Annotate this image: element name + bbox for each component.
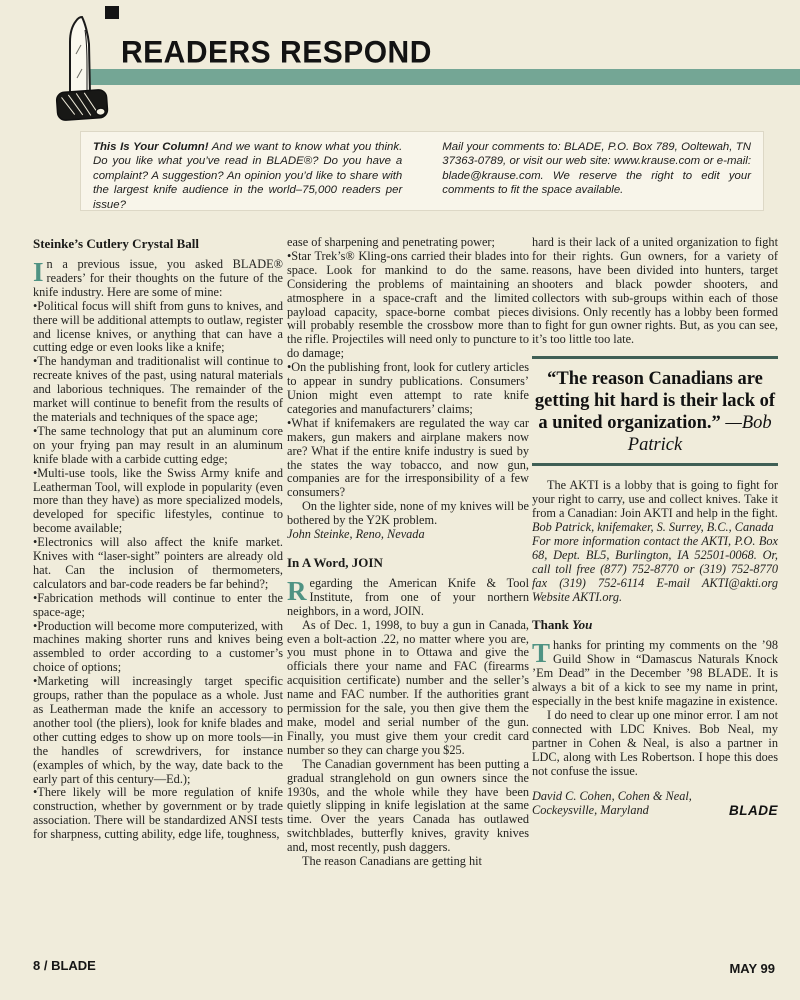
letter-heading: In A Word, JOIN	[287, 555, 529, 570]
intro-right: Mail your comments to: BLADE, P.O. Box 7…	[442, 140, 751, 202]
paragraph: The reason Canadians are getting hit	[287, 855, 529, 869]
bullet-item: •Multi-use tools, like the Swiss Army kn…	[33, 467, 283, 537]
text-column-2: ease of sharpening and penetrating power…	[287, 236, 529, 952]
page-title: READERS RESPOND	[121, 35, 432, 70]
letter-signature: Bob Patrick, knifemaker, S. Surrey, B.C.…	[532, 521, 778, 535]
paragraph: I do need to clear up one minor error. I…	[532, 709, 778, 779]
column-intro-box: This Is Your Column! And we want to know…	[80, 131, 764, 211]
bullet-item: •Marketing will increasingly target spec…	[33, 675, 283, 786]
bullet-item: •The handyman and traditionalist will co…	[33, 355, 283, 425]
bullet-item: •Electronics will also affect the knife …	[33, 536, 283, 592]
text-column-1: Steinke’s Cutlery Crystal Ball In a prev…	[33, 236, 283, 952]
paragraph: ease of sharpening and penetrating power…	[287, 236, 529, 250]
dropcap: T	[532, 639, 553, 665]
letter-signature: David C. Cohen, Cohen & Neal,Cockeysvill…	[532, 790, 692, 818]
accent-bar	[75, 69, 800, 85]
bullet-item: •Political focus will shift from guns to…	[33, 300, 283, 356]
intro-lead: This Is Your Column!	[93, 141, 209, 153]
text-column-3: hard is their lack of a united organizat…	[532, 236, 778, 952]
bullet-item: •Star Trek’s® Kling-ons carried their bl…	[287, 250, 529, 361]
intro-left: This Is Your Column! And we want to know…	[93, 140, 402, 202]
bullet-item: •Fabrication methods will continue to en…	[33, 592, 283, 620]
signature-line: David C. Cohen, Cohen & Neal,	[532, 789, 692, 803]
paragraph-text: n a previous issue, you asked BLADE® rea…	[33, 257, 283, 299]
bullet-item: •What if knifemakers are regulated the w…	[287, 417, 529, 500]
issue-date: MAY 99	[729, 961, 775, 976]
magazine-page: READERS RESPOND This Is Your Column! And…	[0, 0, 800, 1000]
bullet-item: •Production will become more computerize…	[33, 620, 283, 676]
heading-text-italic: You	[572, 617, 592, 632]
paragraph: In a previous issue, you asked BLADE® re…	[33, 258, 283, 300]
paragraph: Thanks for printing my comments on the ’…	[532, 639, 778, 709]
paragraph-text: egarding the American Knife & Tool Insti…	[287, 576, 529, 618]
page-number: 8 / BLADE	[33, 958, 96, 973]
bullet-item: •There likely will be more regulation of…	[33, 786, 283, 842]
bullet-item: •The same technology that put an aluminu…	[33, 425, 283, 467]
letter-signature: John Steinke, Reno, Nevada	[287, 528, 529, 542]
heading-text: Thank	[532, 617, 572, 632]
blade-end-logo: BLADE	[729, 803, 778, 818]
editor-note: For more information contact the AKTI, P…	[532, 535, 778, 605]
letter-heading: Steinke’s Cutlery Crystal Ball	[33, 236, 283, 251]
signature-row: David C. Cohen, Cohen & Neal,Cockeysvill…	[532, 790, 778, 818]
paragraph: The Canadian government has been putting…	[287, 758, 529, 855]
standing-knife-logo-icon	[52, 14, 114, 128]
signature-line: Cockeysville, Maryland	[532, 803, 649, 817]
bullet-item: •On the publishing front, look for cutle…	[287, 361, 529, 417]
paragraph: As of Dec. 1, 1998, to buy a gun in Cana…	[287, 619, 529, 758]
letter-heading: Thank You	[532, 617, 778, 632]
paragraph: On the lighter side, none of my knives w…	[287, 500, 529, 528]
pull-quote: “The reason Canadians are getting hit ha…	[532, 356, 778, 466]
dropcap: R	[287, 577, 310, 603]
dropcap: I	[33, 258, 47, 284]
paragraph: Regarding the American Knife & Tool Inst…	[287, 577, 529, 619]
paragraph: The AKTI is a lobby that is going to fig…	[532, 479, 778, 521]
paragraph: hard is their lack of a united organizat…	[532, 236, 778, 347]
paragraph-text: hanks for printing my comments on the ’9…	[532, 638, 778, 708]
